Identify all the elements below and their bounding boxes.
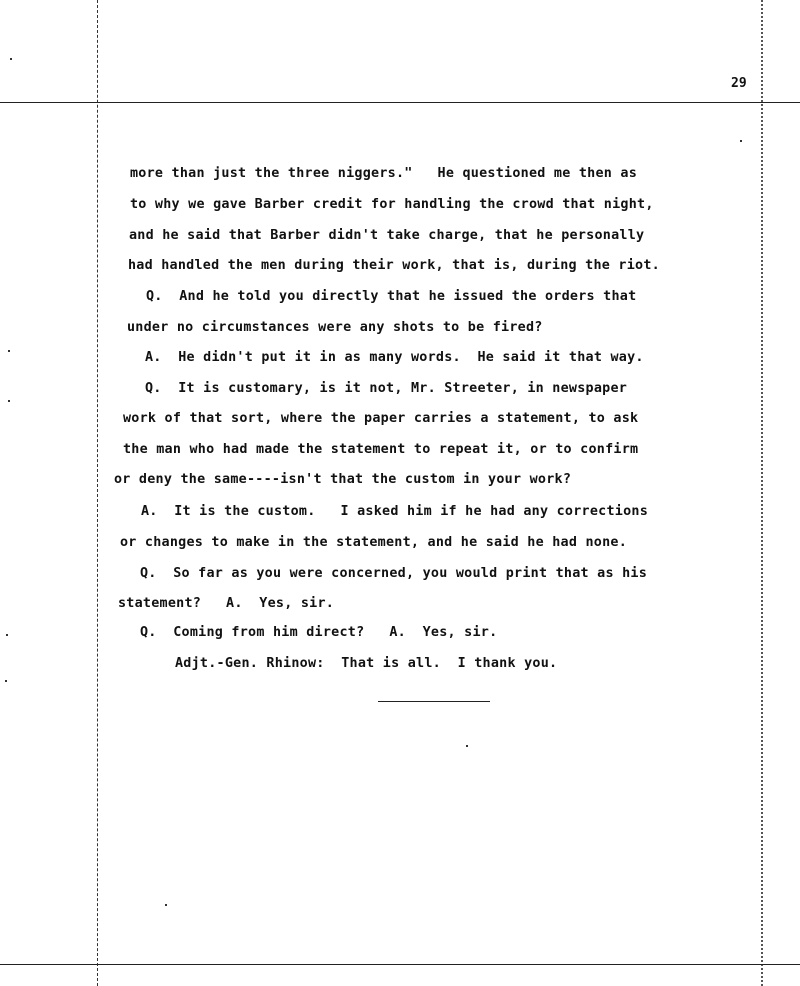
text-line: to why we gave Barber credit for handlin…: [130, 197, 654, 212]
scan-speck: [466, 745, 468, 747]
scan-speck: [5, 680, 7, 682]
answer-line: A. He didn't put it in as many words. He…: [145, 350, 644, 365]
question-line: Q. And he told you directly that he issu…: [146, 289, 636, 304]
text-line: had handled the men during their work, t…: [128, 258, 660, 273]
closing-line: Adjt.-Gen. Rhinow: That is all. I thank …: [175, 656, 557, 671]
text-line: or changes to make in the statement, and…: [120, 535, 627, 550]
scan-speck: [8, 350, 10, 352]
end-rule: [378, 701, 490, 702]
text-line: work of that sort, where the paper carri…: [123, 411, 638, 426]
right-margin-line: [761, 0, 763, 986]
text-line: and he said that Barber didn't take char…: [129, 228, 644, 243]
text-line: under no circumstances were any shots to…: [127, 320, 543, 335]
text-line: statement? A. Yes, sir.: [118, 596, 334, 611]
scan-speck: [6, 634, 8, 636]
answer-line: A. It is the custom. I asked him if he h…: [141, 504, 648, 519]
scan-speck: [165, 904, 167, 906]
scan-speck: [10, 58, 12, 60]
text-line: more than just the three niggers." He qu…: [130, 166, 637, 181]
left-margin-line: [97, 0, 98, 986]
scan-speck: [740, 140, 742, 142]
question-line: Q. Coming from him direct? A. Yes, sir.: [140, 625, 497, 640]
page-number: 29: [731, 76, 747, 91]
question-line: Q. It is customary, is it not, Mr. Stree…: [145, 381, 627, 396]
question-line: Q. So far as you were concerned, you wou…: [140, 566, 647, 581]
top-margin-line: [0, 102, 800, 103]
text-line: or deny the same----isn't that the custo…: [114, 472, 571, 487]
scan-speck: [8, 400, 10, 402]
bottom-margin-line: [0, 964, 800, 965]
text-line: the man who had made the statement to re…: [123, 442, 638, 457]
